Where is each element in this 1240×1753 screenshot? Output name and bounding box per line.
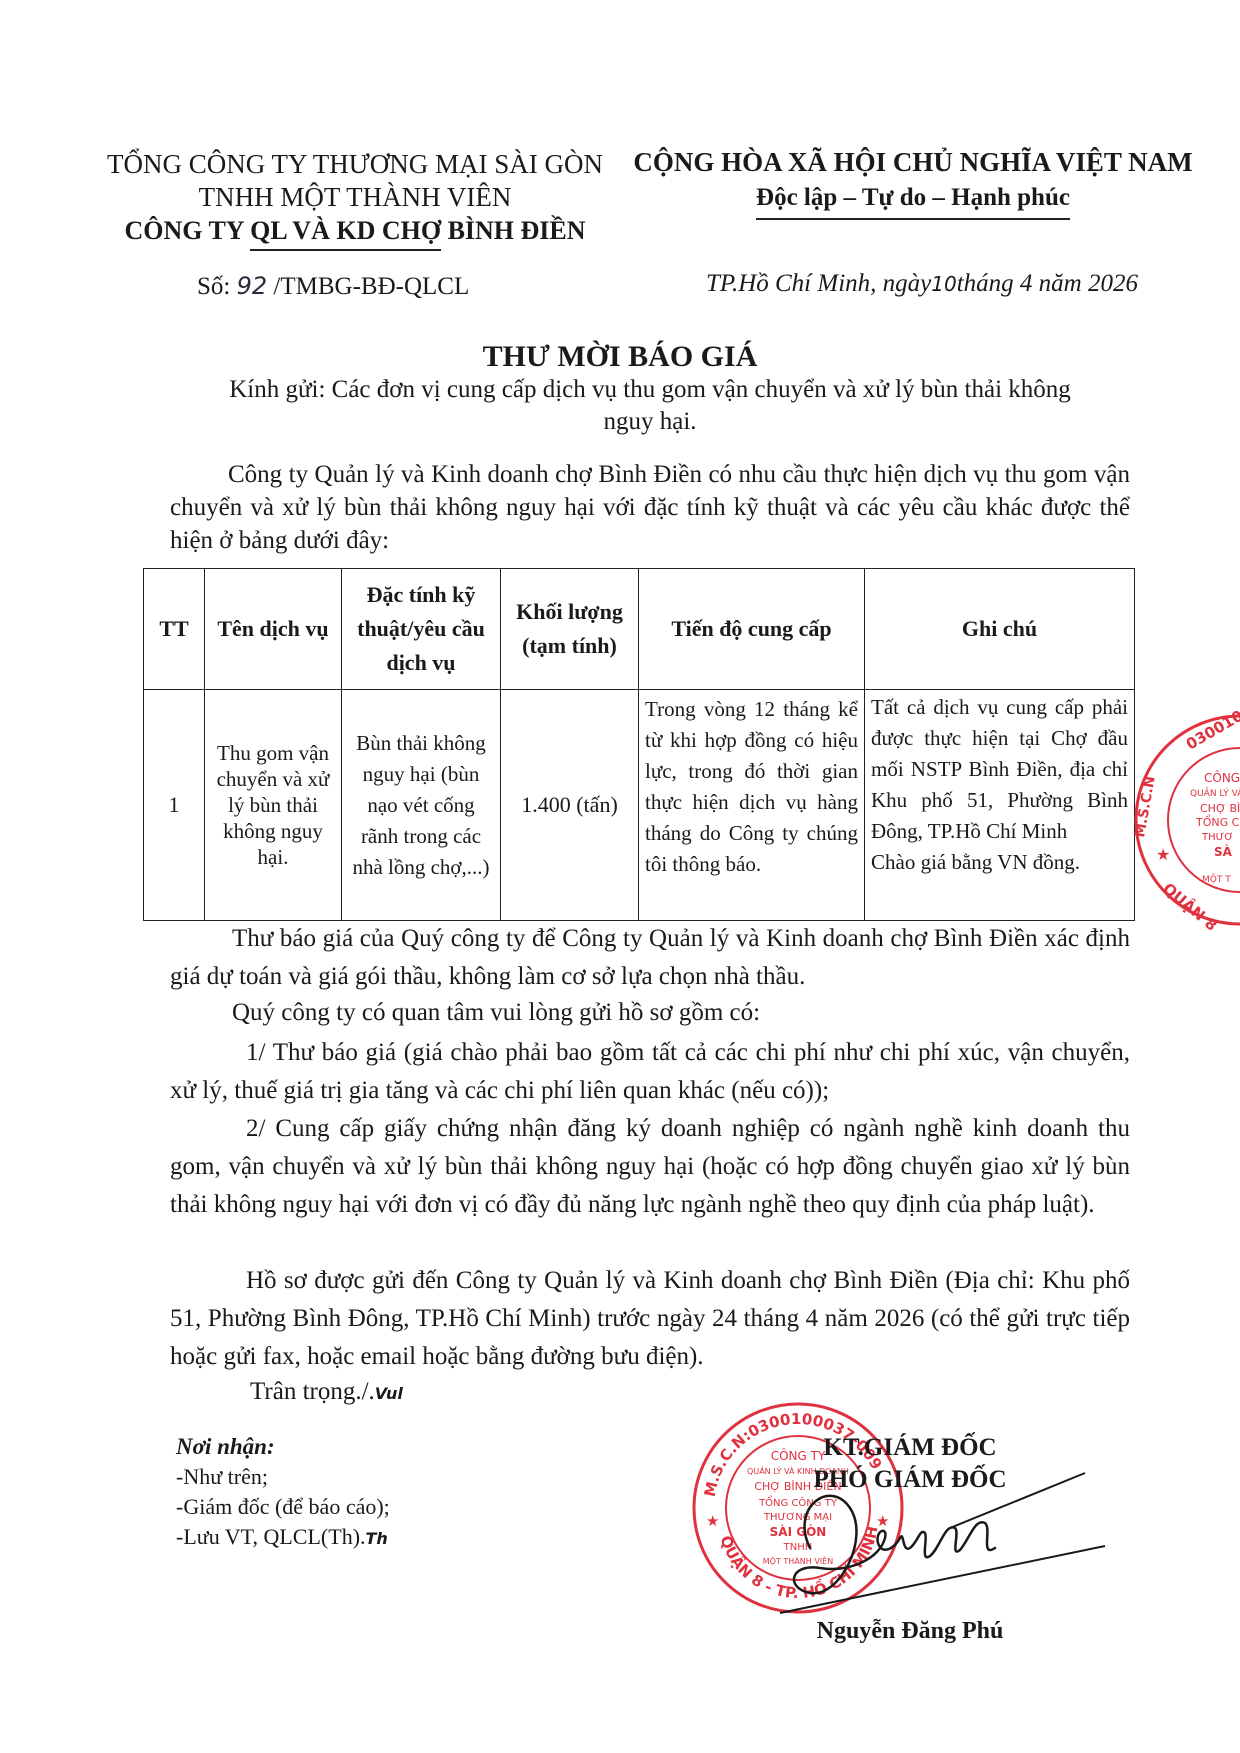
- svg-text:MỘT T: MỘT T: [1202, 873, 1231, 885]
- signer-name: Nguyễn Đăng Phú: [760, 1618, 1060, 1645]
- cell-schedule: Trong vòng 12 tháng kể từ khi hợp đồng c…: [639, 690, 865, 921]
- col-header-service: Tên dịch vụ: [205, 569, 342, 690]
- note-currency: Chào giá bằng VN đồng.: [871, 847, 1128, 878]
- recipients-list: Nơi nhận: -Như trên; -Giám đốc (để báo c…: [176, 1432, 390, 1554]
- signature-authority: KT.GIÁM ĐỐC: [760, 1432, 1060, 1464]
- nation-name: CỘNG HÒA XÃ HỘI CHỦ NGHĨA VIỆT NAM: [618, 145, 1208, 179]
- svg-text:★: ★: [1156, 845, 1170, 864]
- seal-icon: 0300100037 M.S.C.N ★ QUẬN 8 - T CÔNG QUẢ…: [1130, 710, 1240, 930]
- svg-text:SÀ: SÀ: [1214, 844, 1233, 859]
- national-motto: Độc lập – Tự do – Hạnh phúc: [756, 181, 1070, 215]
- issuing-organization: TỔNG CÔNG TY THƯƠNG MẠI SÀI GÒN TNHH MỘT…: [95, 148, 615, 247]
- document-date: TP.Hồ Chí Minh, ngày10tháng 4 năm 2026: [706, 270, 1138, 298]
- note-location: Tất cả dịch vụ cung cấp phải được thực h…: [871, 692, 1128, 847]
- company-name-underlined: QL VÀ KD CHỢ: [250, 214, 441, 247]
- cell-tt: 1: [144, 690, 205, 921]
- handwritten-day: 10: [931, 272, 956, 296]
- table-header-row: TT Tên dịch vụ Đặc tính kỹ thuật/yêu cầu…: [144, 569, 1135, 690]
- document-number: Số: 92 /TMBG-BĐ-QLCL: [197, 272, 469, 301]
- col-header-quantity: Khối lượng (tạm tính): [501, 569, 639, 690]
- recipient-item: -Giám đốc (để báo cáo);: [176, 1492, 390, 1522]
- recipients-title: Nơi nhận:: [176, 1432, 390, 1462]
- national-header: CỘNG HÒA XÃ HỘI CHỦ NGHĨA VIỆT NAM Độc l…: [618, 145, 1208, 215]
- parent-company-type: TNHH MỘT THÀNH VIÊN: [95, 181, 615, 214]
- cell-spec: Bùn thải không nguy hại (bùn nạo vét cốn…: [342, 690, 501, 921]
- intro-paragraph: Công ty Quản lý và Kinh doanh chợ Bình Đ…: [170, 458, 1130, 557]
- svg-text:CÔNG: CÔNG: [1204, 770, 1240, 785]
- recipient-item: -Như trên;: [176, 1462, 390, 1492]
- company-seal-partial: 0300100037 M.S.C.N ★ QUẬN 8 - T CÔNG QUẢ…: [1130, 710, 1240, 930]
- svg-text:TỔNG C: TỔNG C: [1195, 814, 1240, 829]
- cell-quantity: 1.400 (tấn): [501, 690, 639, 921]
- col-header-note: Ghi chú: [865, 569, 1135, 690]
- closing-regards: Trân trọng./.Vul: [250, 1378, 403, 1406]
- col-header-spec: Đặc tính kỹ thuật/yêu cầu dịch vụ: [342, 569, 501, 690]
- documents-item-1: 1/ Thư báo giá (giá chào phải bao gồm tấ…: [170, 1034, 1130, 1110]
- svg-text:QUẢN LÝ VÀ: QUẢN LÝ VÀ: [1190, 787, 1240, 799]
- parent-company-name: TỔNG CÔNG TY THƯƠNG MẠI SÀI GÒN: [95, 148, 615, 181]
- document-title: THƯ MỜI BÁO GIÁ: [0, 340, 1240, 374]
- svg-text:★: ★: [706, 1512, 719, 1530]
- handwritten-number: 92: [237, 272, 268, 300]
- purpose-paragraph: Thư báo giá của Quý công ty để Công ty Q…: [170, 920, 1130, 996]
- cell-service: Thu gom vận chuyển và xử lý bùn thải khô…: [205, 690, 342, 921]
- recipient-item: -Lưu VT, QLCL(Th).Th: [176, 1522, 390, 1554]
- svg-text:0300100037: 0300100037: [1183, 710, 1240, 753]
- company-name: CÔNG TY QL VÀ KD CHỢ BÌNH ĐIỀN: [95, 214, 615, 247]
- submission-paragraph: Hồ sơ được gửi đến Công ty Quản lý và Ki…: [170, 1262, 1130, 1376]
- col-header-schedule: Tiến độ cung cấp: [639, 569, 865, 690]
- handwritten-signature: [770, 1468, 1110, 1618]
- col-header-tt: TT: [144, 569, 205, 690]
- recipient-line: Kính gửi: Các đơn vị cung cấp dịch vụ th…: [215, 374, 1085, 438]
- documents-lead: Quý công ty có quan tâm vui lòng gửi hồ …: [232, 996, 760, 1029]
- cell-note: Tất cả dịch vụ cung cấp phải được thực h…: [865, 690, 1135, 921]
- svg-text:THƯƠ: THƯƠ: [1201, 832, 1233, 843]
- handwritten-initial: Th: [366, 1529, 388, 1548]
- svg-text:CHỢ BÌ: CHỢ BÌ: [1200, 802, 1240, 815]
- handwritten-initial: Vul: [375, 1384, 403, 1403]
- service-table: TT Tên dịch vụ Đặc tính kỹ thuật/yêu cầu…: [143, 568, 1135, 921]
- documents-item-2: 2/ Cung cấp giấy chứng nhận đăng ký doan…: [170, 1110, 1130, 1224]
- table-row: 1 Thu gom vận chuyển và xử lý bùn thải k…: [144, 690, 1135, 921]
